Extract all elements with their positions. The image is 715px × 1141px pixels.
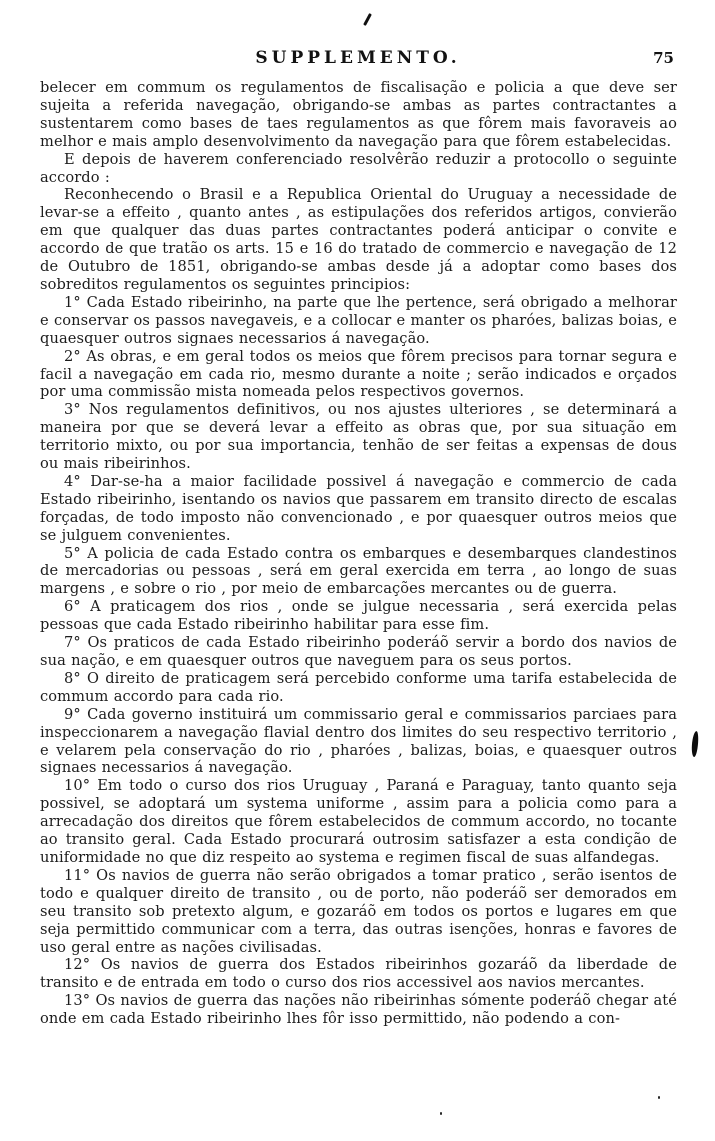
paragraph: 9° Cada governo instituirá um commissari… [40, 706, 677, 778]
ink-blot [691, 731, 699, 757]
paragraph: 8° O direito de praticagem será percebid… [40, 670, 677, 706]
paragraph: 12° Os navios de guerra dos Estados ribe… [40, 956, 677, 992]
paragraph: Reconhecendo o Brasil e a Republica Orie… [40, 186, 677, 293]
paragraph: 3° Nos regulamentos definitivos, ou nos … [40, 401, 677, 473]
page-number: 75 [653, 49, 674, 67]
paragraph: 4° Dar-se-ha a maior facilidade possivel… [40, 473, 677, 545]
paragraph: 1° Cada Estado ribeirinho, na parte que … [40, 294, 677, 348]
paragraph: 10° Em todo o curso dos rios Uruguay , P… [40, 777, 677, 867]
ink-mark [363, 13, 372, 26]
paragraph: 6° A praticagem dos rios , onde se julgu… [40, 598, 677, 634]
paragraph: 11° Os navios de guerra não serão obriga… [40, 867, 677, 957]
paragraph: 7° Os praticos de cada Estado ribeirinho… [40, 634, 677, 670]
ink-speck [440, 1112, 442, 1115]
document-body: belecer em commum os regulamentos de fis… [40, 79, 677, 1028]
ink-speck [658, 1096, 660, 1099]
paragraph: E depois de haverem conferenciado resolv… [40, 151, 677, 187]
paragraph: 5° A policia de cada Estado contra os em… [40, 545, 677, 599]
paragraph: belecer em commum os regulamentos de fis… [40, 79, 677, 151]
scanned-document-page: SUPPLEMENTO. 75 belecer em commum os reg… [0, 0, 715, 1141]
paragraph: 13° Os navios de guerra das nações não r… [40, 992, 677, 1028]
running-header: SUPPLEMENTO. 75 [40, 48, 676, 72]
paragraph: 2° As obras, e em geral todos os meios q… [40, 348, 677, 402]
page-title: SUPPLEMENTO. [40, 48, 676, 68]
